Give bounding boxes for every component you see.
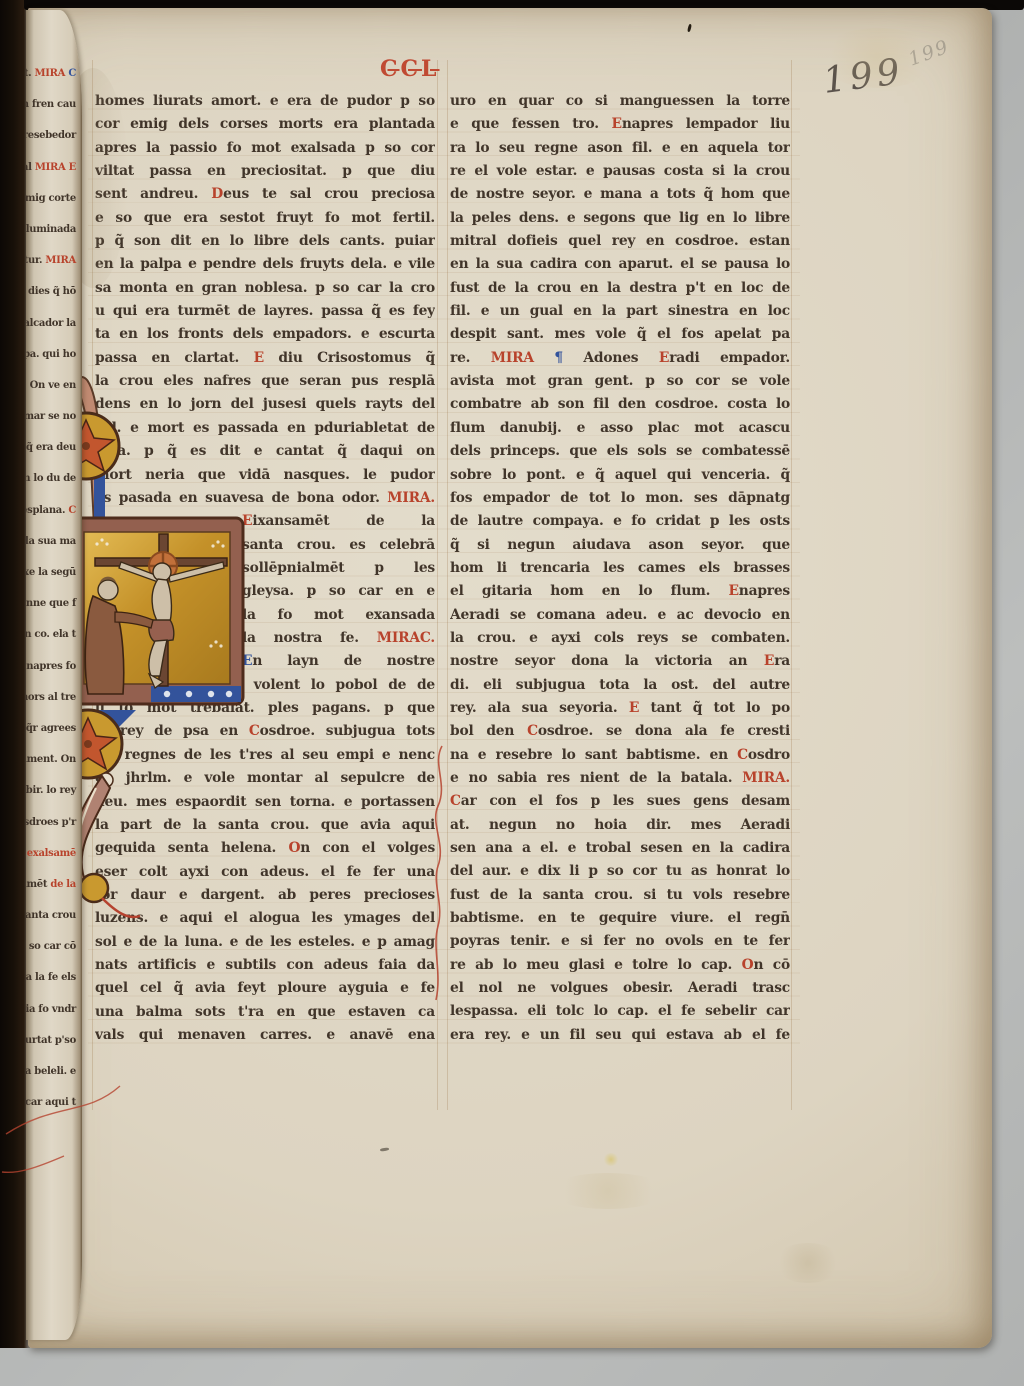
text-segment: E	[659, 350, 669, 366]
text-segment: hom li trencaria les cames els brasses	[450, 560, 790, 576]
text-line: sent andreu. Deus te sal crou preciosa	[95, 183, 435, 206]
text-line: dels princeps. que els sols se combatess…	[450, 440, 790, 463]
text-segment: dels princeps. que els sols se combatess…	[450, 443, 790, 459]
text-segment: MIRA	[35, 68, 69, 79]
christ-torso	[152, 579, 171, 624]
text-line: mut. MIRA C	[26, 58, 78, 89]
text-line: fo elesplana. C	[26, 495, 78, 526]
folio-number-pencil: 199	[906, 35, 953, 70]
text-line: e en mig corte	[26, 183, 78, 214]
text-line: hom li trencaria les cames els brasses	[450, 557, 790, 580]
text-line: ta en los fronts dels empadors. e escurt…	[95, 323, 435, 346]
text-segment: sollēpnialmēt p les	[242, 560, 435, 576]
text-line: En layn de nostre	[242, 650, 435, 673]
text-segment: ¶	[554, 350, 583, 366]
text-segment: combatre ab son fil den cosdroe. costa l…	[450, 396, 790, 412]
text-segment: e en mig corte	[26, 193, 76, 204]
text-segment: fust de la santa crou. si tu vols resebr…	[450, 887, 790, 903]
text-line: fil. e un gual en la part sinestra en lo…	[450, 300, 790, 323]
text-line: mitral dofieis quel rey en cosdroe. esta…	[450, 230, 790, 253]
text-segment: uro en quar co si manguessen la torre	[450, 93, 790, 109]
text-segment: ixansamēt de la	[252, 513, 435, 529]
text-segment: E	[629, 700, 639, 716]
flower-center	[82, 442, 90, 450]
text-segment: la fo mot exansada	[242, 607, 435, 623]
text-segment: radi empador.	[669, 350, 790, 366]
text-segment: xalsamēt	[26, 879, 50, 890]
stain	[548, 1173, 668, 1209]
text-column-2: uro en quar co si manguessen la torree q…	[450, 90, 790, 1047]
red-pen-flourish	[428, 744, 452, 1004]
text-segment: napres lempador liu	[622, 116, 790, 132]
text-segment: fust de la crou en la destra p't en loc …	[450, 280, 790, 296]
text-segment: fo elesplana.	[26, 505, 68, 516]
text-line: segueixe la segū	[26, 557, 78, 588]
text-line: el gitaria hom en lo flum. Enapres	[450, 580, 790, 603]
text-line: fos empador de tot lo mon. ses dāpnatg	[450, 487, 790, 510]
text-segment: E	[254, 350, 264, 366]
text-segment: del aur. e dix li p so cor tu as honrat …	[450, 863, 790, 879]
text-segment: tant q̃ tot lo po	[639, 700, 790, 716]
text-line: cor emig dels corses morts era plantada	[95, 113, 435, 136]
text-segment: re ab lo meu glasi e tolre lo cap.	[450, 957, 742, 973]
text-line: devienne que f	[26, 588, 78, 619]
text-segment: at. negun no hoia dir. mes Aeradi	[450, 817, 790, 833]
text-line: el nol ne volgues obesir. Aeradi trasc	[450, 977, 790, 1000]
text-line: laudetur. MIRA	[26, 245, 78, 276]
text-segment: en la palpa e pendre dels fruyts dela. e…	[95, 256, 435, 272]
text-line: fermament. On	[26, 744, 78, 775]
text-segment: D	[211, 186, 223, 202]
text-line: de lautre compaya. e fo cridat p les ost…	[450, 510, 790, 533]
text-line: en la palpa e pendre dels fruyts dela. e…	[95, 253, 435, 276]
text-line: fust de la santa crou. si tu vols resebr…	[450, 884, 790, 907]
text-segment: osdroe. subjugua tots	[260, 723, 435, 739]
text-segment: quel cel q̃ avia feyt ploure ayguia e fe	[95, 980, 435, 996]
text-segment: la. e q̃r agrees	[26, 723, 76, 734]
text-line: sia fo vndr.	[26, 994, 78, 1025]
folio-number-ink: 199	[821, 51, 906, 102]
text-segment: via la fe els	[26, 972, 76, 983]
text-segment: una balma sots t'ra en que estaven ca	[95, 1004, 435, 1020]
text-line: nostre seyor dona la victoria an Era	[450, 650, 790, 673]
text-segment: ma. On ve en	[26, 380, 76, 391]
text-line: resebir. lo rey	[26, 775, 78, 806]
text-segment: urtat p'so	[26, 1035, 76, 1046]
text-segment: ra	[774, 653, 790, 669]
text-segment: el nol ne volgues obesir. Aeradi trasc	[450, 980, 790, 996]
text-line: p q̃ son dit en lo libre dels cants. pui…	[95, 230, 435, 253]
text-segment: u qui era turmēt de layres. passa q̃ es …	[95, 303, 435, 319]
text-segment: sobre lo pont. e q̃ aquel qui venceria. …	[450, 467, 790, 483]
text-segment: diu Crisostomus q̃	[264, 350, 435, 366]
text-segment: MIRAC.	[377, 630, 435, 646]
text-line: sa monta en gran noblesa. p so car la cr…	[95, 277, 435, 300]
text-segment: fermament. On	[26, 754, 76, 765]
text-line: o cavalcador la	[26, 308, 78, 339]
text-segment: p q̃ son dit en lo libre dels cants. pui…	[95, 233, 435, 249]
text-line: viltat passa en preciositat. p que diu	[95, 160, 435, 183]
manuscript-page: CCL 199 199 homes liurats amort. e era d…	[28, 8, 992, 1348]
text-segment: fos empador de tot lo mon. ses dāpnatg	[450, 490, 790, 506]
text-line: era rey. e un fil seu qui estava ab el f…	[450, 1024, 790, 1047]
text-segment: n layn de nostre	[252, 653, 435, 669]
text-segment: napres	[739, 583, 790, 599]
text-line: Enapres fo	[26, 651, 78, 682]
text-line: ra lo seu regne ason fil. e en aquela to…	[450, 137, 790, 160]
gold-ball	[80, 874, 108, 902]
text-line: n fo resebedor	[26, 120, 78, 151]
text-segment: nostre seyor dona la victoria an	[450, 653, 764, 669]
text-line: at. negun no hoia dir. mes Aeradi	[450, 814, 790, 837]
illuminated-initial-miniature	[63, 516, 245, 706]
text-segment: segueixe la segū	[26, 567, 76, 578]
text-segment: resebir. lo rey	[26, 785, 76, 796]
text-segment: mitral dofieis quel rey en cosdroe. esta…	[450, 233, 790, 249]
text-segment: apres la passio fo mot exalsada p so cor	[95, 140, 435, 156]
text-line: e que fessen tro. Enapres lempador liu	[450, 113, 790, 136]
text-line: Del exalsamē	[26, 838, 78, 869]
text-segment: el pa. qui ho	[26, 349, 76, 360]
text-segment: ra lo seu regne ason fil. e en aquela to…	[450, 140, 790, 156]
text-line: quel cel q̃ avia feyt ploure ayguia e fe	[95, 977, 435, 1000]
text-segment: n con el volges	[300, 840, 435, 856]
text-line: l dui q̃ era deu	[26, 432, 78, 463]
attendant-head	[98, 580, 118, 600]
text-segment: s.x. dies q̃ hō	[26, 286, 76, 297]
text-segment: l dui q̃ era deu	[26, 442, 76, 453]
text-line: e so que era sestot fruyt fo mot fertil.	[95, 207, 435, 230]
text-segment: lespassa. eli tolc lo cap. el fe sebelir…	[450, 1003, 790, 1019]
text-line: rey. ala sua seyoria. E tant q̃ tot lo p…	[450, 697, 790, 720]
text-segment: vals qui menaven carres. e anavē ena	[95, 1027, 435, 1043]
text-line: ma. On ve en	[26, 370, 78, 401]
text-segment: despit sant. mes vole q̃ el fos apelat p…	[450, 326, 790, 342]
text-segment: q̃ si negun aiudava ason seyor. que	[450, 537, 790, 553]
ink-speck	[687, 24, 692, 32]
text-line: Car con el fos p les sues gens desam	[450, 790, 790, 813]
text-segment: n un fren cau	[26, 99, 76, 110]
text-segment: O	[288, 840, 300, 856]
text-segment: E	[764, 653, 774, 669]
text-segment: MIRA	[45, 255, 76, 266]
text-segment: C	[68, 68, 76, 79]
text-line: na en co. ela t	[26, 619, 78, 650]
text-segment: sia fo vndr.	[26, 1004, 76, 1015]
text-segment: que p so car cō	[26, 941, 76, 952]
flower-center	[84, 740, 92, 748]
text-line: r la santa crou	[26, 900, 78, 931]
text-line: gleysa. p so car en e	[242, 580, 435, 603]
text-segment: e que fessen tro.	[450, 116, 612, 132]
text-segment: E	[728, 583, 738, 599]
text-line: e no sabia res nient de la batala. MIRA.	[450, 767, 790, 790]
text-segment: era rey. e un fil seu qui estava ab el f…	[450, 1027, 790, 1043]
text-line: la nostra fe. MIRAC.	[242, 627, 435, 650]
text-segment: en la sua cadira con aparut. el se pausa…	[450, 256, 790, 272]
text-line: u qui era turmēt de layres. passa q̃ es …	[95, 300, 435, 323]
text-line: passa en clartat. E diu Crisostomus q̃	[95, 347, 435, 370]
text-segment: al	[26, 162, 35, 173]
text-line: la fo mot exansada	[242, 604, 435, 627]
text-line: Eixansamēt de la	[242, 510, 435, 533]
text-segment: rey. ala sua seyoria.	[450, 700, 629, 716]
text-segment: viltat passa en preciositat. p que diu	[95, 163, 435, 179]
text-line: via la fe els	[26, 962, 78, 993]
stain	[603, 1153, 619, 1166]
text-segment: amenors al tre	[26, 692, 76, 703]
text-line: del aur. e dix li p so cor tu as honrat …	[450, 860, 790, 883]
text-line: combatre ab son fil den cosdroe. costa l…	[450, 393, 790, 416]
text-segment: la peles dens. e segons que lig en lo li…	[450, 210, 790, 226]
text-line: la. e q̃r agrees	[26, 713, 78, 744]
text-segment: re el vole estar. e pausas costa si la c…	[450, 163, 790, 179]
text-segment: fil. e un gual en la part sinestra en lo…	[450, 303, 790, 319]
text-line: en cosdroes p'r	[26, 807, 78, 838]
text-line: q̃ si negun aiudava ason seyor. que	[450, 534, 790, 557]
text-segment: di. eli subjugua tota la ost. del autre	[450, 677, 790, 693]
text-segment: C	[249, 723, 260, 739]
text-segment: arre ala sua ma	[26, 536, 76, 547]
text-segment: osdro	[748, 747, 790, 763]
text-segment: C	[737, 747, 748, 763]
text-line: que p so car cō	[26, 931, 78, 962]
text-segment: de nostre seyor. e mana a tots q̃ hom qu…	[450, 186, 790, 202]
text-segment: Aeradi se comana adeu. e ac devocio en	[450, 607, 790, 623]
text-segment: n cō	[753, 957, 790, 973]
text-segment: E	[612, 116, 622, 132]
text-line: re ab lo meu glasi e tolre lo cap. On cō	[450, 954, 790, 977]
text-segment: bol den	[450, 723, 527, 739]
text-line: flum danubij. e asso plac mot acascu	[450, 417, 790, 440]
text-segment: na e resebre lo sant babtisme. en	[450, 747, 737, 763]
text-segment: flum danubij. e asso plac mot acascu	[450, 420, 790, 436]
text-segment: sent andreu.	[95, 186, 211, 202]
text-line: Aeradi se comana adeu. e ac devocio en	[450, 604, 790, 627]
text-line: os amar se no	[26, 401, 78, 432]
ink-speck	[380, 1147, 389, 1151]
text-line: uro en quar co si manguessen la torre	[450, 90, 790, 113]
text-segment: de lautre compaya. e fo cridat p les ost…	[450, 513, 790, 529]
text-segment: ar con el fos p les sues gens desam	[461, 793, 790, 809]
tail-hook	[102, 898, 140, 917]
text-column-1-beside-initial: Eixansamēt de lasanta crou. es celebrāso…	[242, 510, 435, 673]
text-segment: Adones	[583, 350, 658, 366]
text-segment: na en co. ela t	[26, 629, 76, 640]
text-line: en la sua cadira con aparut. el se pausa…	[450, 253, 790, 276]
text-segment: napres fo	[26, 661, 76, 672]
text-segment: babtisme. en te gequire viure. el regn̄	[450, 910, 790, 926]
text-line: la crou. e ayxi cols reys se combaten.	[450, 627, 790, 650]
text-line: santa crou. es celebrā	[242, 534, 435, 557]
text-line: sollēpnialmēt p les	[242, 557, 435, 580]
text-line: lespassa. eli tolc lo cap. el fe sebelir…	[450, 1000, 790, 1023]
text-segment: gleysa. p so car en e	[242, 583, 435, 599]
text-segment: sa monta en gran noblesa. p so car la cr…	[95, 280, 435, 296]
text-segment: MIRA	[491, 350, 555, 366]
text-line: sen ana a el. e trobal sesen en la cadir…	[450, 837, 790, 860]
text-segment: ta en los fronts dels empadors. e escurt…	[95, 326, 435, 342]
text-line: sobre lo pont. e q̃ aquel qui venceria. …	[450, 464, 790, 487]
text-line: fo illuminada	[26, 214, 78, 245]
text-line: homes liurats amort. e era de pudor p so	[95, 90, 435, 113]
text-line: ue en lo du de	[26, 463, 78, 494]
text-line: poyras tenir. e si fer no ovols en te fe…	[450, 930, 790, 953]
text-line: al MIRA E	[26, 152, 78, 183]
gutter-text-fragments: mut. MIRA Cn un fren caun fo resebedoral…	[26, 58, 78, 1118]
text-segment: re.	[450, 350, 491, 366]
text-line: amenors al tre	[26, 682, 78, 713]
text-segment: de la	[50, 879, 76, 890]
text-segment: sen ana a el. e trobal sesen en la cadir…	[450, 840, 790, 856]
text-segment: santa crou. es celebrā	[242, 537, 435, 553]
text-line: bol den Cosdroe. se dona ala fe cresti	[450, 720, 790, 743]
text-segment: e so que era sestot fruyt fo mot fertil.	[95, 210, 435, 226]
text-segment: n fo resebedor	[26, 130, 76, 141]
text-segment: os amar se no	[26, 411, 76, 422]
text-line: arre ala sua ma	[26, 526, 78, 557]
text-line: s.x. dies q̃ hō	[26, 276, 78, 307]
ruling-line	[791, 60, 792, 1110]
text-segment: passa en clartat.	[95, 350, 254, 366]
text-segment: MIRA E	[35, 162, 76, 173]
christ-head	[153, 563, 171, 581]
text-segment: e no sabia res nient de la batala.	[450, 770, 742, 786]
text-line: vals qui menaven carres. e anavē ena	[95, 1024, 435, 1047]
text-segment: la nostra fe.	[242, 630, 377, 646]
text-line: babtisme. en te gequire viure. el regn̄	[450, 907, 790, 930]
text-segment: C	[68, 505, 76, 516]
text-segment: r la santa crou	[26, 910, 76, 921]
text-line: fust de la crou en la destra p't en loc …	[450, 277, 790, 300]
text-segment: la crou. e ayxi cols reys se combaten.	[450, 630, 790, 646]
text-segment: Del exalsamē	[26, 848, 76, 859]
text-segment: laudetur.	[26, 255, 45, 266]
stain	[773, 1243, 843, 1283]
text-segment: homes liurats amort. e era de pudor p so	[95, 93, 435, 109]
text-segment: ue en lo du de	[26, 473, 76, 484]
text-line: una balma sots t'ra en que estaven ca	[95, 1001, 435, 1024]
text-line: apres la passio fo mot exalsada p so cor	[95, 137, 435, 160]
text-segment: C	[527, 723, 538, 739]
text-line: de nostre seyor. e mana a tots q̃ hom qu…	[450, 183, 790, 206]
text-line: re el vole estar. e pausas costa si la c…	[450, 160, 790, 183]
text-segment: el gitaria hom en lo flum.	[450, 583, 728, 599]
text-segment: eus te sal crou preciosa	[223, 186, 435, 202]
text-segment: poyras tenir. e si fer no ovols en te fe…	[450, 933, 790, 949]
text-segment: devienne que f	[26, 598, 76, 609]
text-line: urtat p'so	[26, 1025, 78, 1056]
text-line: na e resebre lo sant babtisme. en Cosdro	[450, 744, 790, 767]
text-segment: o cavalcador la	[26, 318, 76, 329]
text-line: el pa. qui ho	[26, 339, 78, 370]
page-header-numeral: CCL	[380, 56, 440, 82]
text-line: re. MIRA ¶ Adones Eradi empador.	[450, 347, 790, 370]
text-segment: MIRA.	[742, 770, 790, 786]
text-segment: mut.	[26, 68, 35, 79]
red-pen-squiggle	[0, 1072, 160, 1182]
text-segment: cor emig dels corses morts era plantada	[95, 116, 435, 132]
text-segment: fo illuminada	[26, 224, 76, 235]
text-line: xalsamēt de la	[26, 869, 78, 900]
text-line: di. eli subjugua tota la ost. del autre	[450, 674, 790, 697]
text-segment: MIRA.	[387, 490, 435, 506]
text-segment: osdroe. se dona ala fe cresti	[538, 723, 790, 739]
text-line: n un fren cau	[26, 89, 78, 120]
text-segment: en cosdroes p'r	[26, 817, 76, 828]
text-line: despit sant. mes vole q̃ el fos apelat p…	[450, 323, 790, 346]
text-segment: avista mot gran gent. p so cor se vole	[450, 373, 790, 389]
text-line: la peles dens. e segons que lig en lo li…	[450, 207, 790, 230]
text-segment: O	[742, 957, 754, 973]
text-line: avista mot gran gent. p so cor se vole	[450, 370, 790, 393]
